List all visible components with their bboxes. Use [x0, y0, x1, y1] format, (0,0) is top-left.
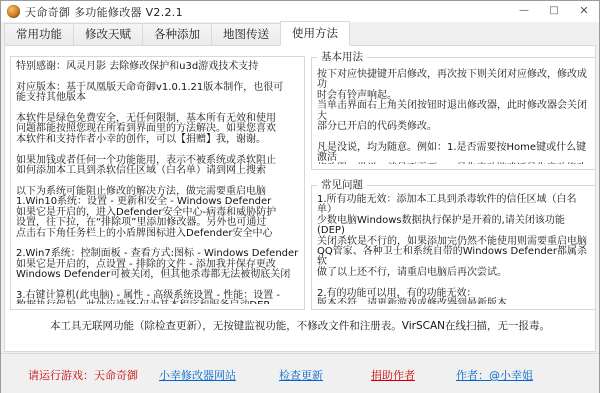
basic-usage-text: 按下对应快捷键开启修改，再次按下则关闭对应修改，修改成功 时会有铃声响起。 当单…: [312, 58, 595, 164]
minimize-icon[interactable]: —: [509, 1, 539, 22]
tab-usage-instructions[interactable]: 使用方法: [280, 21, 350, 46]
maximize-icon[interactable]: □: [539, 1, 569, 22]
tab-common-functions[interactable]: 常用功能: [4, 23, 74, 46]
basic-usage-title: 基本用法: [317, 50, 367, 64]
run-game-hint: 请运行游戏：天命奇御: [28, 367, 138, 383]
faq-title: 常见问题: [317, 178, 367, 192]
faq-text: 1.所有功能无效：添加本工具到杀毒软件的信任区域（白名单） 少数电脑Window…: [312, 186, 595, 304]
window-title: 天命奇御 多功能修改器 V2.2.1: [25, 4, 183, 20]
faq-groupbox: 常见问题 1.所有功能无效：添加本工具到杀毒软件的信任区域（白名单） 少数电脑W…: [311, 185, 596, 310]
title-bar: 天命奇御 多功能修改器 V2.2.1 — □ ✕: [1, 1, 599, 23]
safety-note: 本工具无联网功能（除检查更新），无按键监视功能，不修改文件和注册表。VirSCA…: [5, 318, 595, 333]
basic-usage-groupbox: 基本用法 按下对应快捷键开启修改，再次按下则关闭对应修改，修改成功 时会有铃声响…: [311, 57, 596, 170]
close-icon[interactable]: ✕: [569, 1, 599, 22]
app-icon: [7, 5, 20, 18]
usage-tab-page: 特别感谢：风灵月影 去除修改保护和u3d游戏技术支持 对应版本：基于凤凰版天命奇…: [4, 45, 596, 352]
check-update-link[interactable]: 检查更新: [279, 367, 323, 383]
tab-modify-talents[interactable]: 修改天赋: [73, 23, 143, 46]
status-bar: 请运行游戏：天命奇御 小幸修改器网站 检查更新 捐助作者 作者：@小幸姐: [1, 353, 599, 393]
credits-and-fix-text: 特别感谢：风灵月影 去除修改保护和u3d游戏技术支持 对应版本：基于凤凰版天命奇…: [11, 57, 304, 304]
app-window: 天命奇御 多功能修改器 V2.2.1 — □ ✕ 常用功能 修改天赋 各种添加 …: [0, 0, 600, 393]
website-link[interactable]: 小幸修改器网站: [159, 367, 236, 383]
tab-bar: 常用功能 修改天赋 各种添加 地图传送 使用方法: [1, 23, 599, 46]
tab-various-additions[interactable]: 各种添加: [142, 23, 212, 46]
tab-map-teleport[interactable]: 地图传送: [211, 23, 281, 46]
donate-link[interactable]: 捐助作者: [371, 367, 415, 383]
credits-and-fix-groupbox: 特别感谢：风灵月影 去除修改保护和u3d游戏技术支持 对应版本：基于凤凰版天命奇…: [10, 56, 305, 310]
window-controls: — □ ✕: [509, 1, 599, 22]
author-link[interactable]: 作者：@小幸姐: [456, 367, 533, 383]
